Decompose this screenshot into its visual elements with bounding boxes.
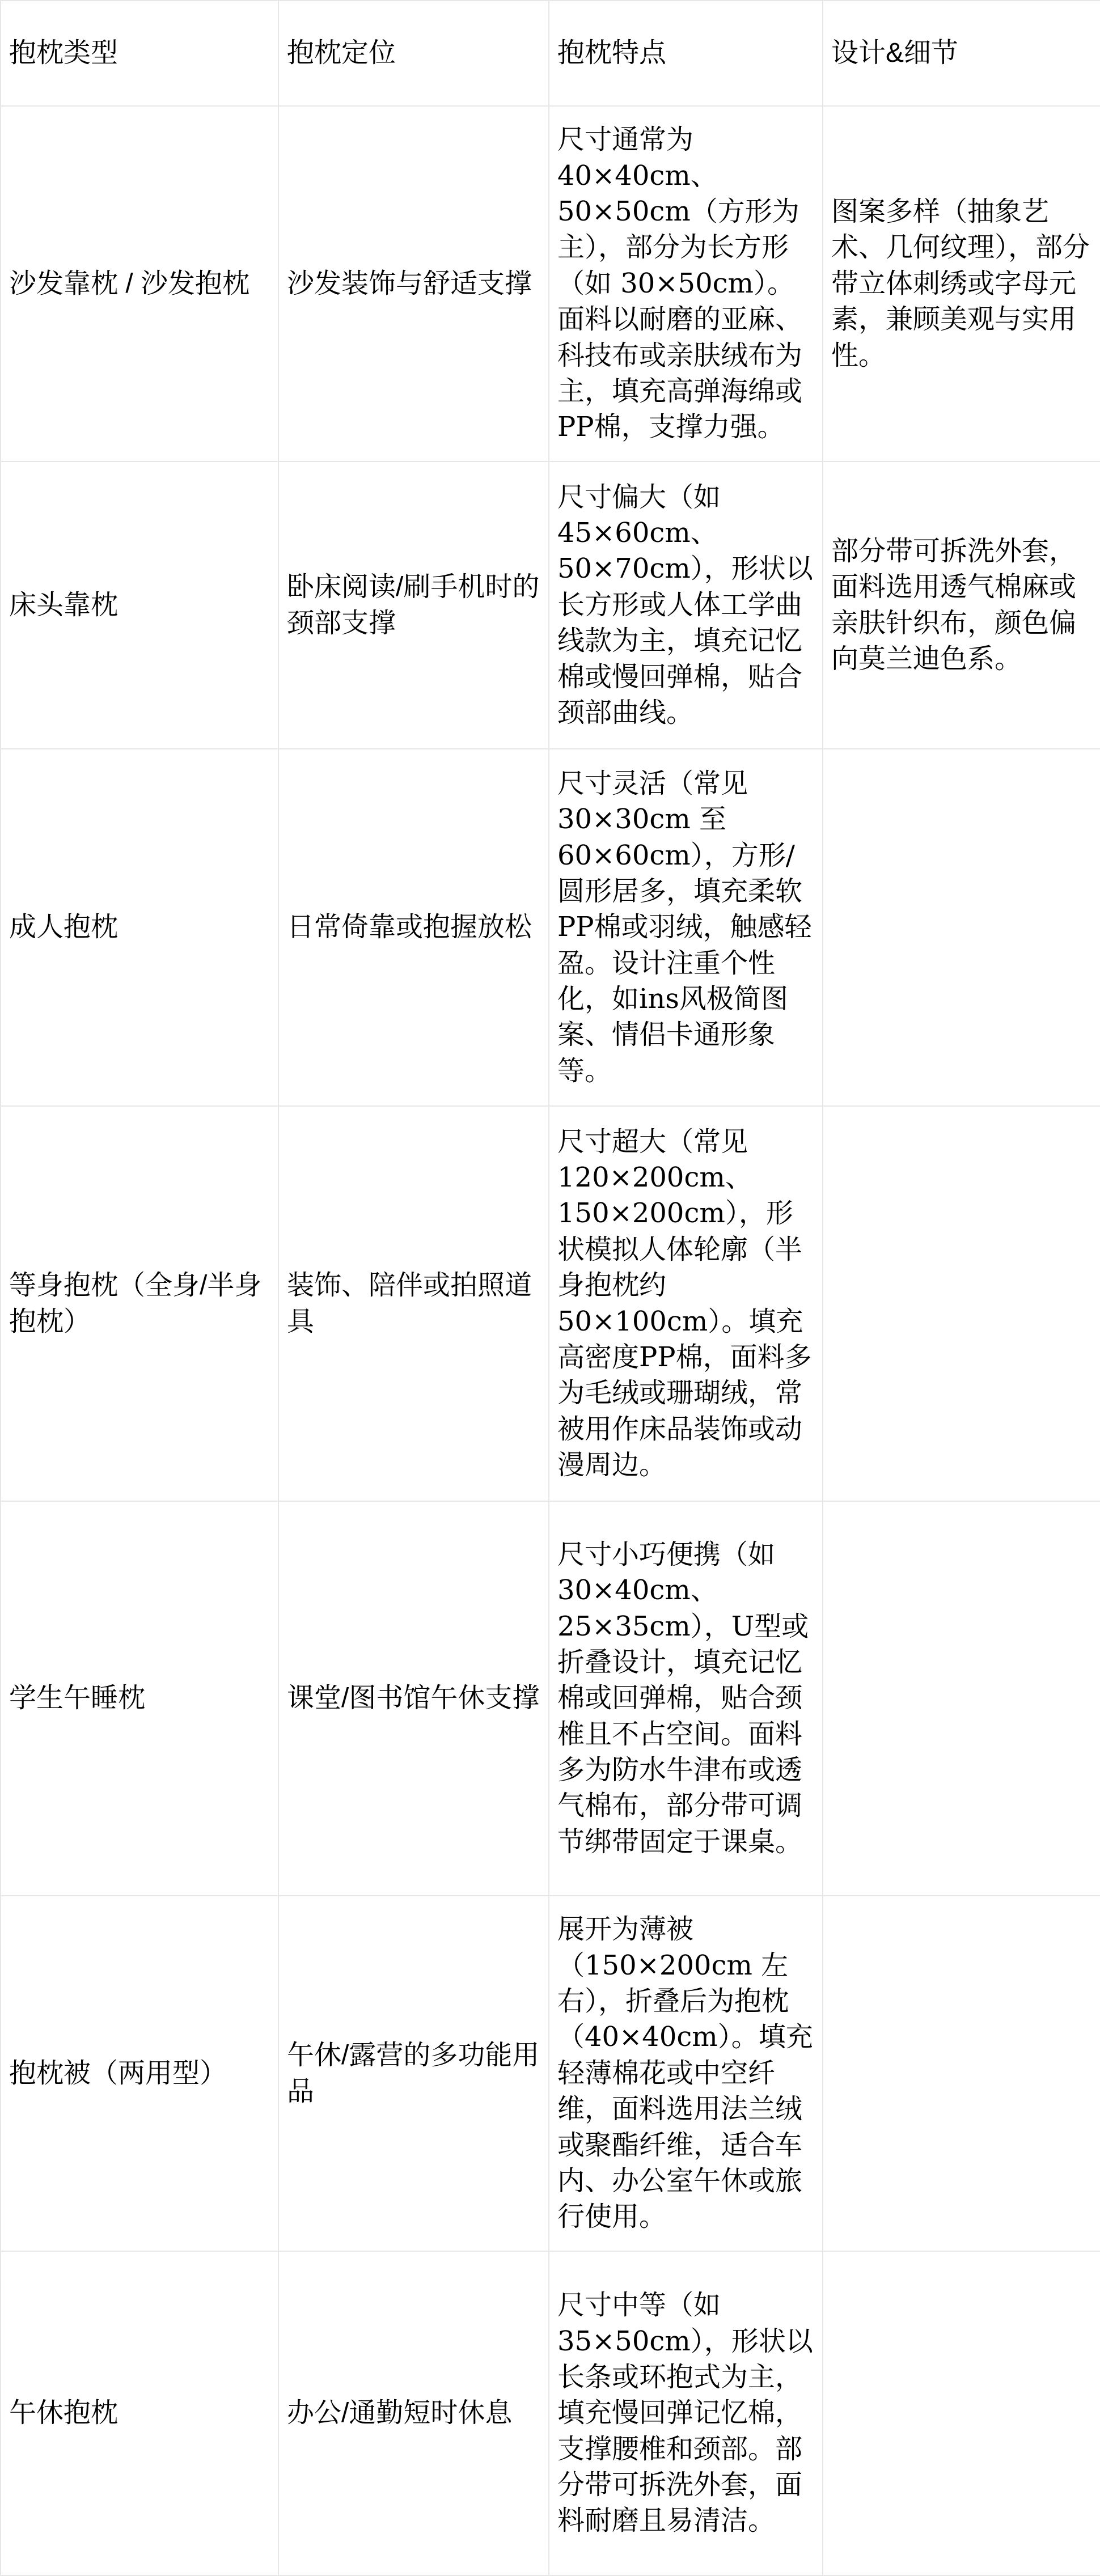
cell-positioning: 日常倚靠或抱握放松 xyxy=(278,749,549,1106)
cell-type: 抱枕被（两用型） xyxy=(1,1896,278,2251)
table-row-adult-pillow: 成人抱枕 日常倚靠或抱握放松 尺寸灵活（常见 30×30cm 至 60×60cm… xyxy=(1,749,1100,1106)
cell-type: 床头靠枕 xyxy=(1,461,278,749)
header-pillow-features: 抱枕特点 xyxy=(549,1,823,106)
cell-type: 成人抱枕 xyxy=(1,749,278,1106)
table-row-sofa-pillow: 沙发靠枕 / 沙发抱枕 沙发装饰与舒适支撑 尺寸通常为 40×40cm、50×5… xyxy=(1,106,1100,461)
cell-design xyxy=(823,2251,1100,2575)
cell-type: 等身抱枕（全身/半身抱枕） xyxy=(1,1106,278,1501)
header-pillow-positioning: 抱枕定位 xyxy=(278,1,549,106)
table-row-body-pillow: 等身抱枕（全身/半身抱枕） 装饰、陪伴或拍照道具 尺寸超大（常见 120×200… xyxy=(1,1106,1100,1501)
cell-positioning: 装饰、陪伴或拍照道具 xyxy=(278,1106,549,1501)
cell-features: 尺寸小巧便携（如 30×40cm、25×35cm），U型或折叠设计，填充记忆棉或… xyxy=(549,1501,823,1896)
cell-positioning: 课堂/图书馆午休支撑 xyxy=(278,1501,549,1896)
cell-design xyxy=(823,749,1100,1106)
table-row-pillow-quilt: 抱枕被（两用型） 午休/露营的多功能用品 展开为薄被（150×200cm 左右）… xyxy=(1,1896,1100,2251)
table-header: 抱枕类型 抱枕定位 抱枕特点 设计&细节 xyxy=(1,1,1100,106)
table-row-headboard-pillow: 床头靠枕 卧床阅读/刷手机时的颈部支撑 尺寸偏大（如 45×60cm、50×70… xyxy=(1,461,1100,749)
cell-type: 沙发靠枕 / 沙发抱枕 xyxy=(1,106,278,461)
cell-positioning: 办公/通勤短时休息 xyxy=(278,2251,549,2575)
header-design-details: 设计&细节 xyxy=(823,1,1100,106)
cell-design xyxy=(823,1501,1100,1896)
cell-design xyxy=(823,1106,1100,1501)
cell-features: 尺寸偏大（如 45×60cm、50×70cm），形状以长方形或人体工学曲线款为主… xyxy=(549,461,823,749)
cell-features: 尺寸通常为 40×40cm、50×50cm（方形为主），部分为长方形（如 30×… xyxy=(549,106,823,461)
cell-features: 尺寸中等（如 35×50cm），形状以长条或环抱式为主，填充慢回弹记忆棉，支撑腰… xyxy=(549,2251,823,2575)
table-row-noon-break-pillow: 午休抱枕 办公/通勤短时休息 尺寸中等（如 35×50cm），形状以长条或环抱式… xyxy=(1,2251,1100,2575)
cell-features: 展开为薄被（150×200cm 左右），折叠后为抱枕（40×40cm）。填充轻薄… xyxy=(549,1896,823,2251)
pillow-comparison-table: 抱枕类型 抱枕定位 抱枕特点 设计&细节 沙发靠枕 / 沙发抱枕 沙发装饰与舒适… xyxy=(0,0,1100,2576)
table-header-row: 抱枕类型 抱枕定位 抱枕特点 设计&细节 xyxy=(1,1,1100,106)
cell-type: 学生午睡枕 xyxy=(1,1501,278,1896)
cell-design xyxy=(823,1896,1100,2251)
table-row-student-nap-pillow: 学生午睡枕 课堂/图书馆午休支撑 尺寸小巧便携（如 30×40cm、25×35c… xyxy=(1,1501,1100,1896)
cell-design: 图案多样（抽象艺术、几何纹理），部分带立体刺绣或字母元素，兼顾美观与实用性。 xyxy=(823,106,1100,461)
cell-features: 尺寸灵活（常见 30×30cm 至 60×60cm），方形/圆形居多，填充柔软P… xyxy=(549,749,823,1106)
cell-positioning: 卧床阅读/刷手机时的颈部支撑 xyxy=(278,461,549,749)
table-body: 沙发靠枕 / 沙发抱枕 沙发装饰与舒适支撑 尺寸通常为 40×40cm、50×5… xyxy=(1,106,1100,2575)
cell-positioning: 沙发装饰与舒适支撑 xyxy=(278,106,549,461)
cell-positioning: 午休/露营的多功能用品 xyxy=(278,1896,549,2251)
cell-type: 午休抱枕 xyxy=(1,2251,278,2575)
header-pillow-type: 抱枕类型 xyxy=(1,1,278,106)
cell-design: 部分带可拆洗外套，面料选用透气棉麻或亲肤针织布，颜色偏向莫兰迪色系。 xyxy=(823,461,1100,749)
cell-features: 尺寸超大（常见 120×200cm、150×200cm），形状模拟人体轮廓（半身… xyxy=(549,1106,823,1501)
